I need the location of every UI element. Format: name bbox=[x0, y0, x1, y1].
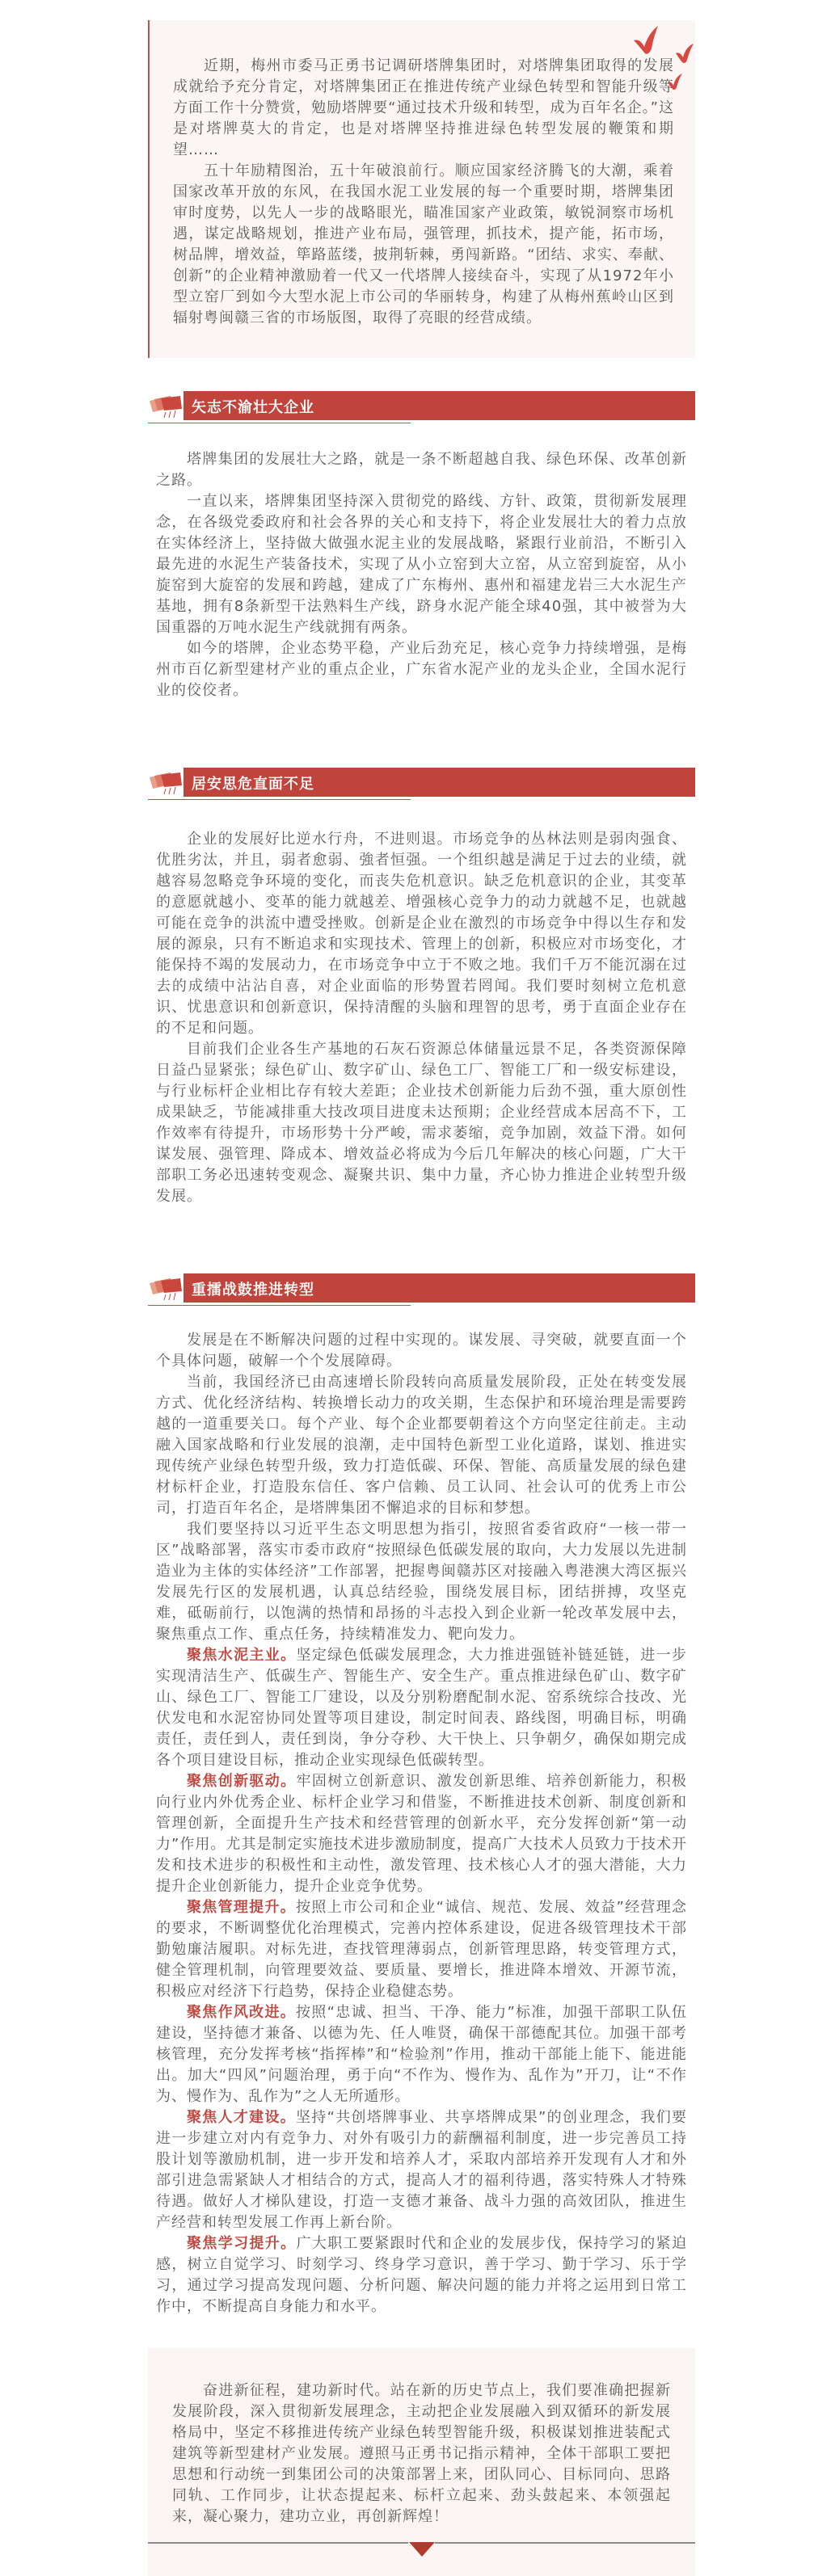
paragraph: 我们要坚持以习近平生态文明思想为指引，按照省委省政府“一核一带一区”战略部署，落… bbox=[156, 1519, 687, 1645]
section-body-2: 企业的发展好比逆水行舟，不进则退。市场竞争的丛林法则是弱肉强食、优胜劣汰，并且，… bbox=[148, 829, 695, 1207]
section-body-1: 塔牌集团的发展壮大之路，就是一条不断超越自我、绿色环保、改革创新之路。 一直以来… bbox=[148, 449, 695, 701]
focus-item: 聚焦水泥主业。坚定绿色低碳发展理念，大力推进强链补链延链，进一步实现清洁生产、低… bbox=[156, 1645, 687, 1771]
down-triangle-icon bbox=[409, 2542, 435, 2557]
section-underline bbox=[148, 799, 411, 800]
divider-line-right bbox=[435, 2542, 695, 2544]
intro-paragraph: 五十年励精图治，五十年破浪前行。顺应国家经济腾飞的大潮，乘着国家改革开放的东风，… bbox=[173, 161, 674, 329]
flying-birds-icon bbox=[622, 24, 695, 97]
focus-lead: 聚焦水泥主业。 bbox=[187, 1647, 296, 1664]
red-flags-icon bbox=[148, 394, 183, 419]
focus-lead: 聚焦作风改进。 bbox=[187, 2004, 296, 2021]
red-flags-icon bbox=[148, 771, 183, 795]
intro-box: 近期，梅州市委马正勇书记调研塔牌集团时，对塔牌集团取得的发展成就给予充分肯定，对… bbox=[148, 20, 695, 358]
closing-paragraph: 奋进新征程，建功新时代。站在新的历史节点上，我们要准确把握新发展阶段，深入贯彻新… bbox=[172, 2380, 671, 2528]
paragraph: 一直以来，塔牌集团坚持深入贯彻党的路线、方针、政策，贯彻新发展理念，在各级党委政… bbox=[156, 491, 687, 638]
section-title-bar: 居安思危直面不足 bbox=[183, 768, 695, 797]
focus-text: 坚定绿色低碳发展理念，大力推进强链补链延链，进一步实现清洁生产、低碳生产、智能生… bbox=[156, 1647, 687, 1769]
focus-item: 聚焦学习提升。广大职工要紧跟时代和企业的发展步伐，保持学习的紧迫感，树立自觉学习… bbox=[156, 2233, 687, 2317]
focus-lead: 聚焦创新驱动。 bbox=[187, 1773, 296, 1790]
paragraph: 发展是在不断解决问题的过程中实现的。谋发展、寻突破，就要直面一个个具体问题，破解… bbox=[156, 1330, 687, 1372]
section-underline bbox=[148, 1305, 411, 1306]
focus-item: 聚焦创新驱动。牢固树立创新意识、激发创新思维、培养创新能力，积极向行业内外优秀企… bbox=[156, 1771, 687, 1897]
focus-lead: 聚焦学习提升。 bbox=[187, 2235, 296, 2252]
section-header-3: 重擂战鼓推进转型 bbox=[148, 1273, 695, 1306]
intro-paragraph: 近期，梅州市委马正勇书记调研塔牌集团时，对塔牌集团取得的发展成就给予充分肯定，对… bbox=[173, 56, 674, 161]
focus-item: 聚焦作风改进。按照“忠诚、担当、干净、能力”标准，加强干部职工队伍建设，坚持德才… bbox=[156, 2002, 687, 2107]
section-title: 居安思危直面不足 bbox=[192, 772, 314, 793]
paragraph: 企业的发展好比逆水行舟，不进则退。市场竞争的丛林法则是弱肉强食、优胜劣汰，并且，… bbox=[156, 829, 687, 1039]
paragraph: 塔牌集团的发展壮大之路，就是一条不断超越自我、绿色环保、改革创新之路。 bbox=[156, 449, 687, 491]
red-flags-icon bbox=[148, 1277, 183, 1301]
focus-lead: 聚焦管理提升。 bbox=[187, 1899, 296, 1916]
divider-line-left bbox=[148, 2542, 408, 2544]
section-header-1: 矢志不渝壮大企业 bbox=[148, 391, 695, 423]
paragraph: 如今的塔牌，企业态势平稳，产业后劲充足，核心竞争力持续增强，是梅州市百亿新型建材… bbox=[156, 638, 687, 701]
footer-divider bbox=[148, 2542, 695, 2555]
section-body-3: 发展是在不断解决问题的过程中实现的。谋发展、寻突破，就要直面一个个具体问题，破解… bbox=[148, 1330, 695, 2317]
section-title-bar: 矢志不渝壮大企业 bbox=[183, 391, 695, 420]
focus-item: 聚焦人才建设。坚持“共创塔牌事业、共享塔牌成果”的创业理念，我们要进一步建立对内… bbox=[156, 2107, 687, 2233]
article: 近期，梅州市委马正勇书记调研塔牌集团时，对塔牌集团取得的发展成就给予充分肯定，对… bbox=[148, 0, 695, 2576]
focus-text: 牢固树立创新意识、激发创新思维、培养创新能力，积极向行业内外优秀企业、标杆企业学… bbox=[156, 1773, 687, 1895]
section-header-2: 居安思危直面不足 bbox=[148, 768, 695, 800]
focus-item: 聚焦管理提升。按照上市公司和企业“诚信、规范、发展、效益”经营理念的要求，不断调… bbox=[156, 1897, 687, 2002]
paragraph: 当前，我国经济已由高速增长阶段转向高质量发展阶段，正处在转变发展方式、优化经济结… bbox=[156, 1372, 687, 1519]
section-title: 重擂战鼓推进转型 bbox=[192, 1278, 314, 1299]
focus-text: 坚持“共创塔牌事业、共享塔牌成果”的创业理念，我们要进一步建立对内有竞争力、对外… bbox=[156, 2109, 687, 2231]
section-underline bbox=[148, 423, 411, 423]
focus-lead: 聚焦人才建设。 bbox=[187, 2109, 296, 2126]
section-title: 矢志不渝壮大企业 bbox=[192, 396, 314, 417]
section-title-bar: 重擂战鼓推进转型 bbox=[183, 1273, 695, 1303]
paragraph: 目前我们企业各生产基地的石灰石资源总体储量远景不足，各类资源保障日益凸显紧张；绿… bbox=[156, 1039, 687, 1207]
